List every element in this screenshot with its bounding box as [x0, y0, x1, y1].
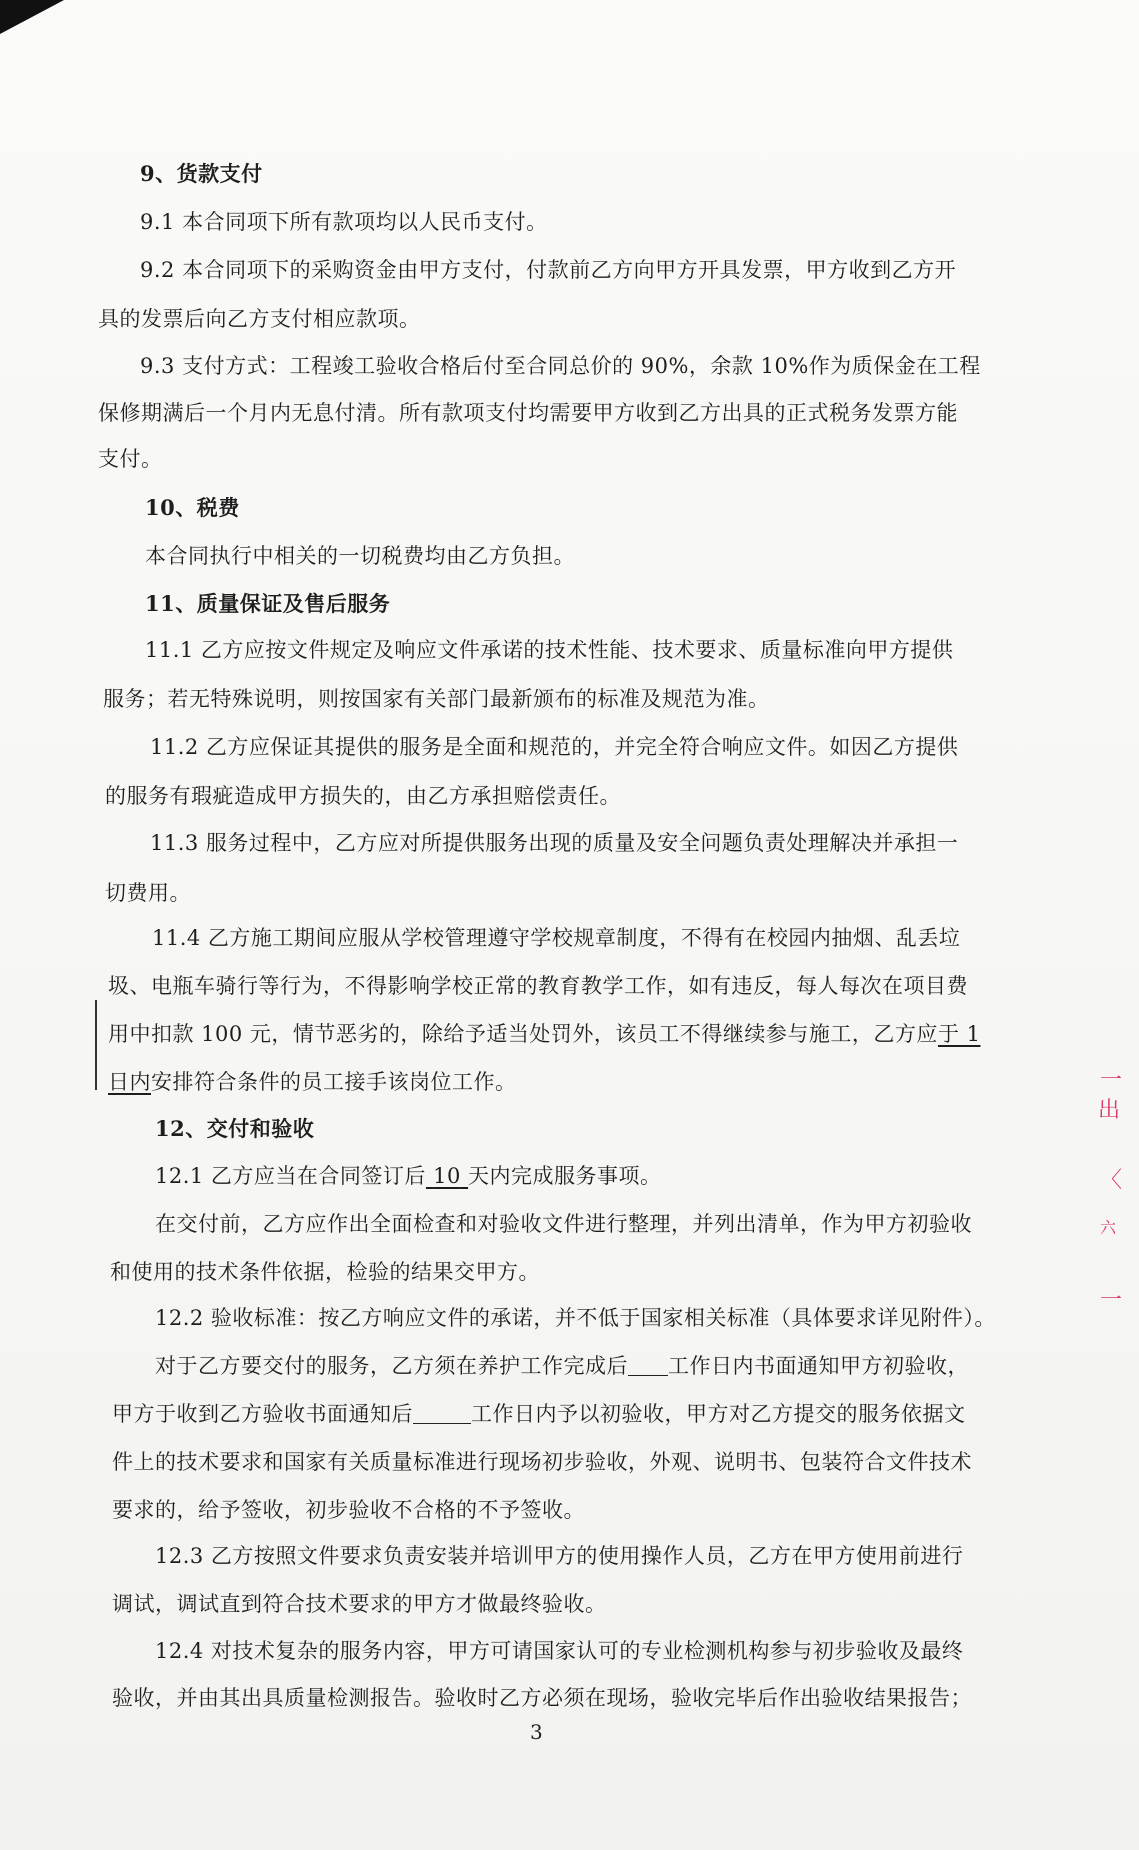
clause-11-4-line-4-text: 安排符合条件的员工接手该岗位工作。 [151, 1070, 517, 1094]
clause-12-4-line-2: 验收，并由其出具质量检测报告。验收时乙方必须在现场，验收完毕后作出验收结果报告； [112, 1682, 972, 1712]
stamp-glyph: 一 [1100, 1290, 1122, 1312]
section-heading-10: 10、税费 [145, 492, 240, 522]
stamp-glyph: 六 [1100, 1220, 1116, 1236]
stamp-glyph: 一 [1100, 1070, 1122, 1092]
underlined-deadline-part-2: 日内 [108, 1070, 151, 1094]
clause-11-1-line-2: 服务；若无特殊说明，则按国家有关部门最新颁布的标准及规范为准。 [103, 683, 770, 713]
clause-12-1: 12.1 乙方应当在合同签订后 10 天内完成服务事项。 [155, 1160, 662, 1190]
clause-12-3-line-1: 12.3 乙方按照文件要求负责安装并培训甲方的使用操作人员，乙方在甲方使用前进行 [155, 1540, 963, 1570]
clause-12-3-line-2: 调试，调试直到符合技术要求的甲方才做最终验收。 [112, 1588, 607, 1618]
clause-12-1-text-b: 天内完成服务事项。 [468, 1164, 662, 1188]
section-heading-11: 11、质量保证及售后服务 [145, 588, 390, 618]
scanned-contract-page: 9、货款支付 9.1 本合同项下所有款项均以人民币支付。 9.2 本合同项下的采… [0, 0, 1139, 1850]
clause-12-1-pre-delivery-line-2: 和使用的技术条件依据，检验的结果交甲方。 [110, 1256, 540, 1286]
clause-9-3-line-2: 保修期满后一个月内无息付清。所有款项支付均需要甲方收到乙方出具的正式税务发票方能 [98, 397, 958, 427]
clause-10-text: 本合同执行中相关的一切税费均由乙方负担。 [145, 540, 575, 570]
clause-9-3-line-1: 9.3 支付方式：工程竣工验收合格后付至合同总价的 90%，余款 10%作为质保… [140, 350, 981, 380]
section-heading-9: 9、货款支付 [140, 158, 263, 188]
clause-11-4-line-2: 圾、电瓶车骑行等行为，不得影响学校正常的教育教学工作，如有违反，每人每次在项目费 [108, 970, 968, 1000]
clause-11-2-line-2: 的服务有瑕疵造成甲方损失的，由乙方承担赔偿责任。 [105, 780, 621, 810]
clause-12-2-line-5: 要求的，给予签收，初步验收不合格的不予签收。 [112, 1494, 585, 1524]
clause-11-1-line-1: 11.1 乙方应按文件规定及响应文件承诺的技术性能、技术要求、质量标准向甲方提供 [145, 634, 953, 664]
page-number: 3 [530, 1720, 543, 1744]
clause-12-2-standard: 12.2 验收标准：按乙方响应文件的承诺，并不低于国家相关标准（具体要求详见附件… [155, 1302, 996, 1332]
clause-9-3-line-3: 支付。 [98, 443, 163, 473]
filled-days-value: 10 [426, 1164, 468, 1188]
blank-workdays-1 [628, 1354, 668, 1376]
clause-12-2-line-3: 甲方于收到乙方验收书面通知后工作日内予以初验收，甲方对乙方提交的服务依据文 [112, 1398, 966, 1428]
clause-11-3-line-1: 11.3 服务过程中，乙方应对所提供服务出现的质量及安全问题负责处理解决并承担一 [150, 827, 958, 857]
clause-9-2-line-1: 9.2 本合同项下的采购资金由甲方支付，付款前乙方向甲方开具发票，甲方收到乙方开 [140, 254, 956, 284]
clause-12-2-line-2: 对于乙方要交付的服务，乙方须在养护工作完成后工作日内书面通知甲方初验收， [155, 1350, 969, 1380]
margin-revision-bar [95, 1000, 97, 1090]
section-heading-12: 12、交付和验收 [155, 1113, 314, 1143]
days-number: 10 [433, 1164, 461, 1188]
clause-12-1-pre-delivery-line-1: 在交付前，乙方应作出全面检查和对验收文件进行整理，并列出清单，作为甲方初验收 [155, 1208, 972, 1238]
underlined-deadline-part-1: 于 1 [938, 1022, 981, 1046]
stamp-glyph: 〈 [1100, 1170, 1122, 1192]
clause-11-4-line-4: 日内安排符合条件的员工接手该岗位工作。 [108, 1066, 517, 1096]
clause-11-4-line-1: 11.4 乙方施工期间应服从学校管理遵守学校规章制度，不得有在校园内抽烟、乱丢垃 [152, 922, 960, 952]
clause-12-2-text-b: 工作日内书面通知甲方初验收， [668, 1354, 969, 1378]
clause-12-2-text-a: 对于乙方要交付的服务，乙方须在养护工作完成后 [155, 1354, 628, 1378]
stamp-glyph: 出 [1098, 1100, 1120, 1122]
clause-12-4-line-1: 12.4 对技术复杂的服务内容，甲方可请国家认可的专业检测机构参与初步验收及最终 [155, 1635, 963, 1665]
clause-12-2-line-4: 件上的技术要求和国家有关质量标准进行现场初步验收，外观、说明书、包装符合文件技术 [112, 1446, 972, 1476]
clause-12-2-text-d: 工作日内予以初验收，甲方对乙方提交的服务依据文 [471, 1402, 966, 1426]
clause-11-4-line-3-text: 用中扣款 100 元，情节恶劣的，除给予适当处罚外，该员工不得继续参与施工，乙方… [108, 1022, 938, 1046]
clause-12-1-text-a: 12.1 乙方应当在合同签订后 [155, 1164, 426, 1188]
clause-11-2-line-1: 11.2 乙方应保证其提供的服务是全面和规范的，并完全符合响应文件。如因乙方提供 [150, 731, 958, 761]
clause-9-1: 9.1 本合同项下所有款项均以人民币支付。 [140, 206, 548, 236]
clause-11-3-line-2: 切费用。 [105, 877, 191, 907]
clause-9-2-line-2: 具的发票后向乙方支付相应款项。 [98, 303, 421, 333]
blank-workdays-2 [413, 1402, 471, 1424]
scan-corner-shadow [0, 0, 64, 34]
clause-11-4-line-3: 用中扣款 100 元，情节恶劣的，除给予适当处罚外，该员工不得继续参与施工，乙方… [108, 1018, 980, 1048]
red-seal-stamp-fragment: 一 出 〈 六 一 [1100, 1070, 1139, 1360]
clause-12-2-text-c: 甲方于收到乙方验收书面通知后 [112, 1402, 413, 1426]
